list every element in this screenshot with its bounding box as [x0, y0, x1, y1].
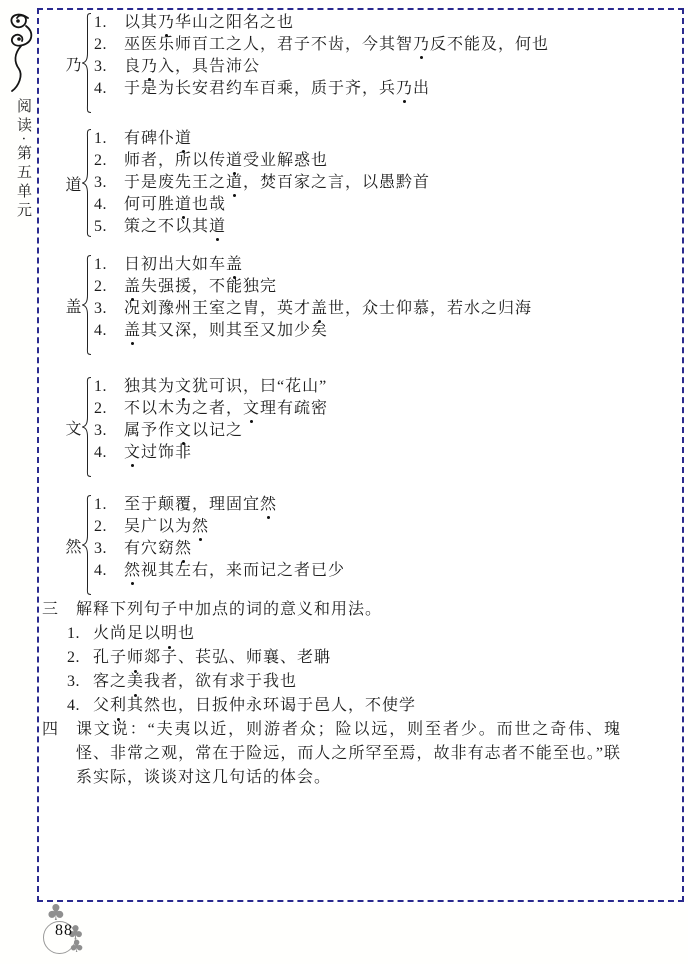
item-text: 策之不以其: [124, 218, 209, 235]
item-text: 出: [413, 80, 430, 97]
list-item: 4.于是为长安君约车百乘，质于齐，兵乃出: [94, 78, 549, 100]
emphasized-word: 道: [226, 150, 243, 172]
list-item: 4.父利其然也，日扳仲永环谒于邑人，不使学: [67, 694, 682, 718]
word-group-wen: 文 1.独其为文犹可识，曰“花山” 2.不以木为之者，文理有疏密 3.属予作文以…: [65, 376, 682, 478]
group-items: 1.以其乃华山之阳名之也 2.巫医乐师百工之人，君子不齿，今其智乃反不能及，何也…: [94, 12, 549, 114]
section-heading-row: 四 课文说：“夫夷以近，则游者众；险以远，则至者少。而世之奇伟、瑰怪、非常之观，…: [42, 718, 682, 790]
group-items: 1.至于颠覆，理固宜然 2.吴广以为然 3.有穴窈然 4.然视其左右，来而记之者…: [94, 494, 345, 596]
item-text: 吴广以为: [124, 518, 192, 535]
item-number: 1.: [67, 622, 93, 646]
item-text: 火尚足以: [93, 625, 161, 642]
item-text: 独其为: [124, 378, 175, 395]
item-text: 视其左右，来而记之者已少: [141, 562, 345, 579]
emphasized-word: 乃: [396, 78, 413, 100]
brace-icon: [82, 255, 91, 355]
item-number: 3.: [94, 298, 124, 320]
emphasized-word: 利: [110, 694, 127, 718]
group-items: 1.独其为文犹可识，曰“花山” 2.不以木为之者，文理有疏密 3.属予作文以记之…: [94, 376, 328, 478]
emphasized-word: 乃: [413, 34, 430, 56]
group-headword: 乃: [65, 52, 82, 75]
item-text: 以记之: [192, 422, 243, 439]
list-item: 4.何可胜道也哉: [94, 194, 430, 216]
item-text: 师者，所以传: [124, 152, 226, 169]
list-item: 1.有碑仆道: [94, 128, 430, 150]
emphasized-word: 师: [127, 646, 144, 670]
emphasized-word: 文: [124, 442, 141, 464]
item-text: 至于颠覆，理固宜: [124, 496, 260, 513]
emphasized-word: 明: [161, 622, 178, 646]
item-text: 世，众士仰慕，若水之归海: [328, 300, 532, 317]
emphasized-word: 文: [175, 420, 192, 442]
item-text: 于是废先王之: [124, 174, 226, 191]
item-number: 4.: [94, 560, 124, 582]
emphasized-word: 盖: [311, 298, 328, 320]
list-item: 3.良乃入，具告沛公: [94, 56, 549, 78]
group-headword: 道: [65, 172, 82, 195]
item-text: 客之: [93, 673, 127, 690]
item-text: 华山之阳名之也: [175, 14, 294, 31]
sidebar-vertical-title: 阅读·第五单元: [13, 98, 34, 221]
emphasized-word: 美: [127, 670, 144, 694]
emphasized-word: 盖: [124, 276, 141, 298]
list-item: 4.文过饰非: [94, 442, 328, 464]
emphasized-word: 然: [175, 538, 192, 560]
list-item: 5.策之不以其道: [94, 216, 430, 238]
word-group-gai: 盖 1.日初出大如车盖 2.盖失强援，不能独完 3.况刘豫州王室之胄，英才盖世，…: [65, 254, 682, 356]
item-number: 3.: [94, 420, 124, 442]
item-number: 1.: [94, 12, 124, 34]
item-text: 父: [93, 697, 110, 714]
item-number: 4.: [94, 320, 124, 342]
list-item: 3.客之美我者，欲有求于我也: [67, 670, 682, 694]
item-text: 属予作: [124, 422, 175, 439]
list-item: 4.然视其左右，来而记之者已少: [94, 560, 345, 582]
emphasized-word: 然: [192, 516, 209, 538]
list-item: 1.日初出大如车盖: [94, 254, 532, 276]
item-text: 犹可识，曰“花山”: [192, 378, 327, 395]
item-text: 受业解惑也: [243, 152, 328, 169]
item-text: 失强援，不能独完: [141, 278, 277, 295]
item-text: 孔子: [93, 649, 127, 666]
group-headword: 盖: [65, 294, 82, 317]
item-text: 理有疏密: [260, 400, 328, 417]
emphasized-word: 道: [226, 172, 243, 194]
item-text: 其然也，日扳仲永环谒于邑人，不使学: [127, 697, 416, 714]
flourish-ornament-icon: [6, 12, 36, 96]
item-text: 有穴窈: [124, 540, 175, 557]
item-text: 何可胜: [124, 196, 175, 213]
list-item: 3.于是废先王之道，焚百家之言，以愚黔首: [94, 172, 430, 194]
item-number: 4.: [94, 442, 124, 464]
item-text: 也: [178, 625, 195, 642]
list-item: 1.至于颠覆，理固宜然: [94, 494, 345, 516]
section-number: 三: [42, 598, 76, 622]
item-text: 况刘豫州王室之胄，英才: [124, 300, 311, 317]
list-item: 2.师者，所以传道受业解惑也: [94, 150, 430, 172]
item-number: 1.: [94, 254, 124, 276]
item-text: 入，具告沛公: [158, 58, 260, 75]
emphasized-word: 乃: [158, 12, 175, 34]
word-group-dao: 道 1.有碑仆道 2.师者，所以传道受业解惑也 3.于是废先王之道，焚百家之言，…: [65, 128, 682, 238]
exercise-sections: 三 解释下列句子中加点的词的意义和用法。 1.火尚足以明也 2.孔子师郯子、苌弘…: [42, 598, 682, 790]
item-number: 5.: [94, 216, 124, 238]
item-number: 3.: [67, 670, 93, 694]
list-item: 2.孔子师郯子、苌弘、师襄、老聃: [67, 646, 682, 670]
item-number: 2.: [94, 516, 124, 538]
emphasized-word: 文: [243, 398, 260, 420]
list-item: 2.盖失强援，不能独完: [94, 276, 532, 298]
section-four: 四 课文说：“夫夷以近，则游者众；险以远，则至者少。而世之奇伟、瑰怪、非常之观，…: [42, 718, 682, 790]
section-heading: 解释下列句子中加点的词的意义和用法。: [76, 598, 382, 622]
item-number: 3.: [94, 538, 124, 560]
item-number: 4.: [94, 78, 124, 100]
list-item: 2.吴广以为然: [94, 516, 345, 538]
emphasized-word: 道: [175, 194, 192, 216]
item-text: 其又深，则其至又加少矣: [141, 322, 328, 339]
item-text: 巫医乐师百工之人，君子不齿，今其智: [124, 36, 413, 53]
item-text: 郯子、苌弘、师襄、老聃: [144, 649, 331, 666]
section-paragraph: 课文说：“夫夷以近，则游者众；险以远，则至者少。而世之奇伟、瑰怪、非常之观，常在…: [76, 718, 621, 790]
brace-icon: [82, 129, 91, 237]
section-number: 四: [42, 718, 76, 790]
list-item: 1.独其为文犹可识，曰“花山”: [94, 376, 328, 398]
list-item: 2.巫医乐师百工之人，君子不齿，今其智乃反不能及，何也: [94, 34, 549, 56]
emphasized-word: 盖: [124, 320, 141, 342]
item-number: 1.: [94, 128, 124, 150]
group-headword: 文: [65, 416, 82, 439]
brace-icon: [82, 377, 91, 477]
emphasized-word: 乃: [141, 56, 158, 78]
item-text: 于是为长安君约车百乘，质于齐，兵: [124, 80, 396, 97]
emphasized-word: 然: [260, 494, 277, 516]
item-text: ，焚百家之言，以愚黔首: [243, 174, 430, 191]
item-number: 4.: [67, 694, 93, 718]
brace-icon: [82, 13, 91, 113]
section-three: 三 解释下列句子中加点的词的意义和用法。 1.火尚足以明也 2.孔子师郯子、苌弘…: [42, 598, 682, 718]
item-number: 2.: [94, 150, 124, 172]
section-heading-row: 三 解释下列句子中加点的词的意义和用法。: [42, 598, 682, 622]
emphasized-word: 道: [175, 128, 192, 150]
item-text: 以其: [124, 14, 158, 31]
list-item: 3.属予作文以记之: [94, 420, 328, 442]
group-headword: 然: [65, 534, 82, 557]
item-number: 1.: [94, 494, 124, 516]
emphasized-word: 文: [175, 376, 192, 398]
item-number: 2.: [94, 398, 124, 420]
emphasized-word: 道: [209, 216, 226, 238]
item-text: 反不能及，何也: [430, 36, 549, 53]
list-item: 3.有穴窈然: [94, 538, 345, 560]
page-number: 88: [55, 922, 73, 940]
item-text: 过饰非: [141, 444, 192, 461]
group-items: 1.日初出大如车盖 2.盖失强援，不能独完 3.况刘豫州王室之胄，英才盖世，众士…: [94, 254, 532, 356]
emphasized-word: 盖: [226, 254, 243, 276]
brace-icon: [82, 495, 91, 595]
item-number: 2.: [94, 34, 124, 56]
list-item: 4.盖其又深，则其至又加少矣: [94, 320, 532, 342]
word-group-nai: 乃 1.以其乃华山之阳名之也 2.巫医乐师百工之人，君子不齿，今其智乃反不能及，…: [65, 12, 682, 114]
item-number: 1.: [94, 376, 124, 398]
item-text: 日初出大如车: [124, 256, 226, 273]
textbook-page: 阅读·第五单元 乃 1.以其乃华山之阳名之也 2.巫医乐师百工之人，君子不齿，今…: [0, 0, 688, 964]
item-number: 4.: [94, 194, 124, 216]
club-icon: ♣: [69, 939, 84, 956]
item-text: 不以木为之者，: [124, 400, 243, 417]
item-number: 2.: [67, 646, 93, 670]
item-text: 也哉: [192, 196, 226, 213]
word-group-ran: 然 1.至于颠覆，理固宜然 2.吴广以为然 3.有穴窈然 4.然视其左右，来而记…: [65, 494, 682, 596]
page-border: 乃 1.以其乃华山之阳名之也 2.巫医乐师百工之人，君子不齿，今其智乃反不能及，…: [37, 8, 684, 902]
list-item: 2.不以木为之者，文理有疏密: [94, 398, 328, 420]
item-text: 有碑仆: [124, 130, 175, 147]
list-item: 3.况刘豫州王室之胄，英才盖世，众士仰慕，若水之归海: [94, 298, 532, 320]
group-items: 1.有碑仆道 2.师者，所以传道受业解惑也 3.于是废先王之道，焚百家之言，以愚…: [94, 128, 430, 238]
list-item: 1.火尚足以明也: [67, 622, 682, 646]
list-item: 1.以其乃华山之阳名之也: [94, 12, 549, 34]
item-number: 3.: [94, 172, 124, 194]
item-text: 良: [124, 58, 141, 75]
page-content: 乃 1.以其乃华山之阳名之也 2.巫医乐师百工之人，君子不齿，今其智乃反不能及，…: [39, 10, 682, 790]
item-number: 3.: [94, 56, 124, 78]
item-text: 我者，欲有求于我也: [144, 673, 297, 690]
item-number: 2.: [94, 276, 124, 298]
word-groups: 乃 1.以其乃华山之阳名之也 2.巫医乐师百工之人，君子不齿，今其智乃反不能及，…: [65, 12, 682, 596]
emphasized-word: 然: [124, 560, 141, 582]
